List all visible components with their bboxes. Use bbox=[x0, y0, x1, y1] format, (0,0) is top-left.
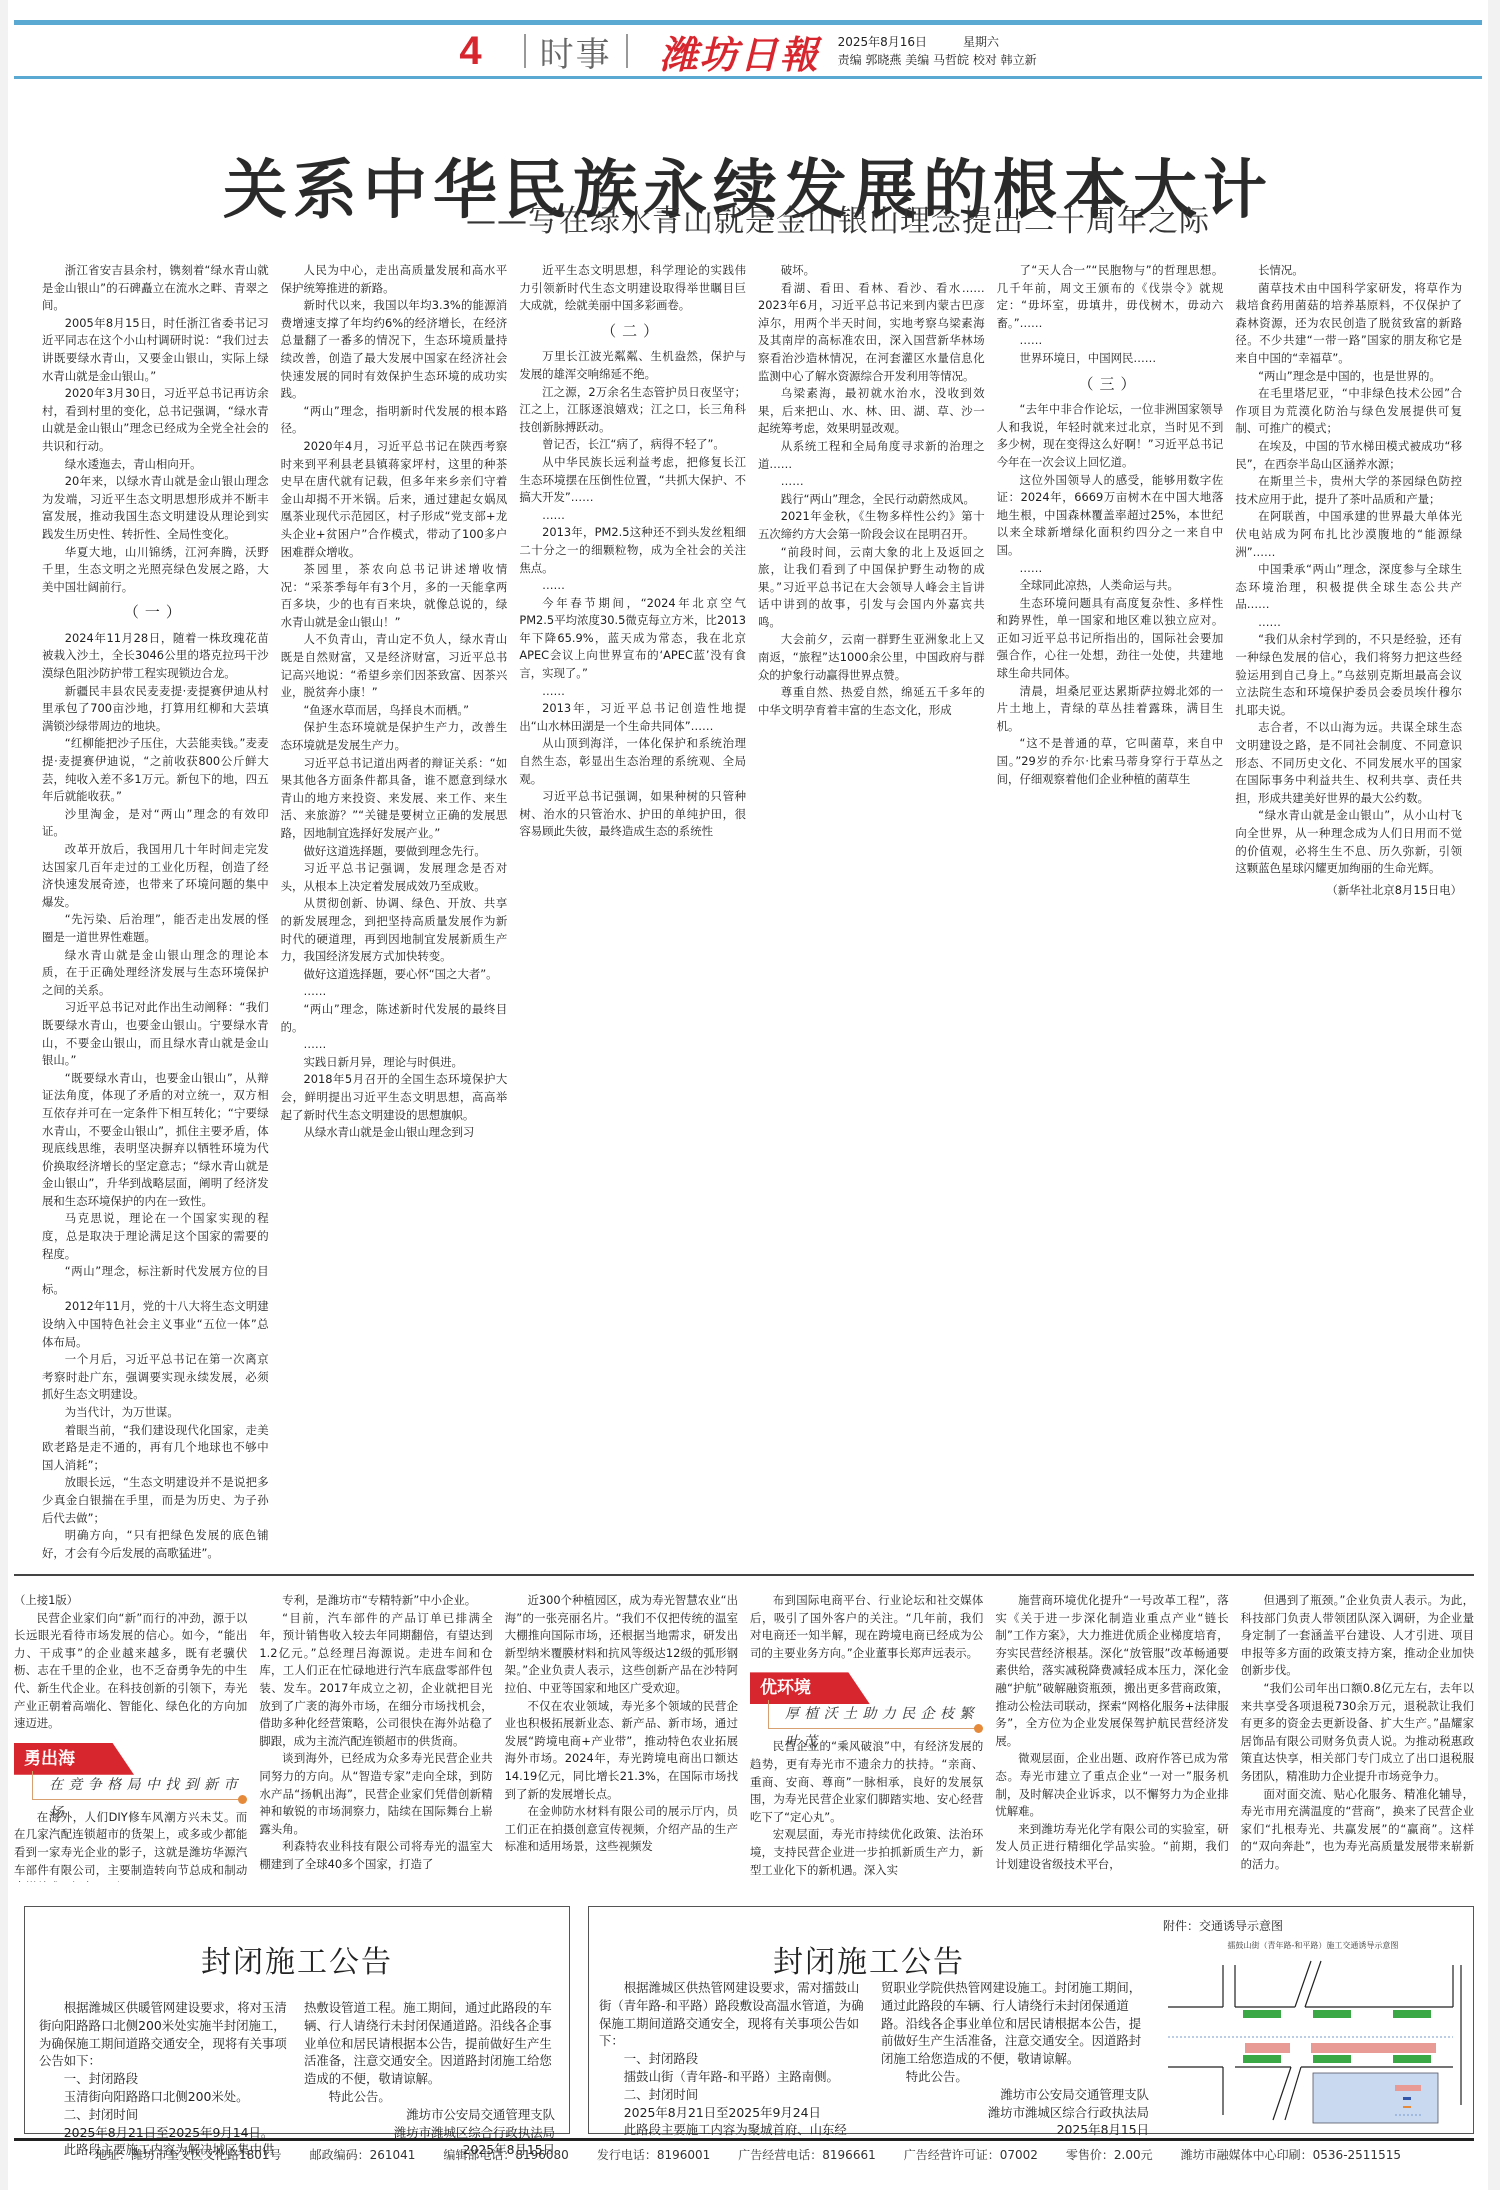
section-mark: （一） bbox=[42, 604, 269, 622]
paragraph: 菌草技术由中国科学家研发，将草作为栽培食药用菌菇的培养基原料，不仅保护了森林资源… bbox=[1235, 280, 1462, 368]
paragraph: “两山”理念，标注新时代发展方位的目标。 bbox=[42, 1263, 269, 1298]
notice-line: 根据潍城区供暖管网建设要求，将对玉清街向阳路路口北侧200米处实施半封闭施工，为… bbox=[39, 1999, 290, 2070]
paragraph: 谈到海外，已经成为众多寿光民营企业共同努力的方向。从“智造专家”走向全球，到防水… bbox=[259, 1750, 492, 1838]
paragraph: 绿水逶迤去，青山相向开。 bbox=[42, 456, 269, 474]
text-column: 但遇到了瓶颈。”企业负责人表示。为此，科技部门负责人带领团队深入调研，为企业量身… bbox=[1241, 1592, 1474, 1882]
text-column: （上接1版）民营企业家们向“新”而行的冲劲，源于以长远眼光看待市场发展的信心。如… bbox=[14, 1592, 247, 1882]
paragraph: “红柳能把沙子压住，大芸能卖钱。”麦麦提·麦提赛伊迪说，“之前收获800公斤鲜大… bbox=[42, 735, 269, 805]
newspaper-logo: 潍坊日報 bbox=[660, 24, 820, 79]
text-column: 了“天人合一”“民胞物与”的哲理思想。几千年前，周文王颁布的《伐崇令》就规定：“… bbox=[997, 262, 1224, 1562]
paragraph: 但遇到了瓶颈。”企业负责人表示。为此，科技部门负责人带领团队深入调研，为企业量身… bbox=[1241, 1592, 1474, 1680]
paragraph: 布到国际电商平台、行业论坛和社交媒体后，吸引了国外客户的关注。“几年前，我们对电… bbox=[750, 1592, 983, 1662]
paragraph: 从贯彻创新、协调、绿色、开放、共享的新发展理念，到把坚持高质量发展作为新时代的硬… bbox=[281, 895, 508, 965]
paragraph: 世界环境日，中国网民…… bbox=[997, 350, 1224, 368]
paragraph: 着眼当前，“我们建设现代化国家，走美欧老路是走不通的，再有几个地球也不够中国人消… bbox=[42, 1422, 269, 1475]
notice-line: 擂鼓山街（青年路-和平路）主路南侧。 bbox=[599, 2068, 867, 2086]
paragraph: 马克思说，理论在一个国家实现的程度，总是取决于理论满足这个国家的需要的程度。 bbox=[42, 1210, 269, 1263]
paragraph: 不仅在农业领域，寿光多个领域的民营企业也积极拓展新业态、新产品、新市场，通过发展… bbox=[505, 1698, 738, 1804]
notice-line: 2025年8月21日至2025年9月24日 bbox=[599, 2104, 867, 2122]
paragraph: 新疆民丰县农民麦麦提·麦提赛伊迪从村里承包了700亩沙地，打算用红柳和大芸填满锁… bbox=[42, 683, 269, 736]
traffic-diagram: 附件：交通诱导示意图 擂鼓山街（青年路-和平路）施工交通诱导示意图 bbox=[1163, 1917, 1463, 2127]
footer-item: 邮政编码：261041 bbox=[310, 2148, 416, 2162]
main-article-body: 浙江省安吉县余村，镌刻着“绿水青山就是金山银山”的石碑矗立在流水之畔、青翠之间。… bbox=[42, 262, 1462, 1562]
text-column: 施营商环境优化提升“一号改革工程”，落实《关于进一步深化制造业重点产业“链长制”… bbox=[995, 1592, 1228, 1882]
paragraph: “两山”理念是中国的，也是世界的。 bbox=[1235, 368, 1462, 386]
paragraph: “去年中非合作论坛，一位非洲国家领导人和我说，年轻时就来过北京，当时见不到多少树… bbox=[997, 401, 1224, 471]
notice-line: 2025年8月15日 bbox=[881, 2121, 1149, 2139]
paragraph: “前段时间，云南大象的北上及返回之旅，让我们看到了中国保护野生动物的成果。”习近… bbox=[758, 544, 985, 632]
colophon: 地址：潍坊市奎文区文化路1801号邮政编码：261041编辑部电话：819608… bbox=[8, 2146, 1488, 2163]
paragraph: 中国秉承“两山”理念，深度参与全球生态环境治理，积极提供全球生态公共产品…… bbox=[1235, 561, 1462, 614]
paragraph: 从中华民族长远利益考虑，把修复长江生态环境摆在压倒性位置，“共抓大保护、不搞大开… bbox=[519, 454, 746, 507]
paragraph: 从绿水青山就是金山银山理念到习 bbox=[281, 1124, 508, 1142]
paragraph: 看湖、看田、看林、看沙、看水……2023年6月，习近平总书记来到内蒙古巴彦淖尔，… bbox=[758, 280, 985, 386]
notice-line: 一、封闭路段 bbox=[599, 2050, 867, 2068]
paragraph: 微观层面，企业出题、政府作答已成为常态。寿光市建立了重点企业“一对一”服务机制，… bbox=[995, 1750, 1228, 1820]
separator bbox=[524, 34, 526, 68]
paragraph: 近平生态文明思想，科学理论的实践伟力引领新时代生态文明建设取得举世瞩目巨大成就，… bbox=[519, 262, 746, 315]
paragraph: …… bbox=[519, 507, 746, 525]
page-number: 4 bbox=[459, 29, 481, 74]
paragraph: 人不负青山，青山定不负人，绿水青山既是自然财富，又是经济财富，习近平总书记高兴地… bbox=[281, 631, 508, 701]
footer-item: 零售价：2.00元 bbox=[1066, 2148, 1153, 2162]
notice-line: 潍坊市公安局交通管理支队 bbox=[881, 2086, 1149, 2104]
paragraph: 在金帅防水材料有限公司的展示厅内，员工们正在拍摄创意宣传视频，介绍产品的生产标准… bbox=[505, 1803, 738, 1856]
paragraph: 全球同此凉热，人类命运与共。 bbox=[997, 577, 1224, 595]
text-column: 近300个种植园区，成为寿光智慧农业“出海”的一张亮丽名片。“我们不仅把传统的温… bbox=[505, 1592, 738, 1882]
paragraph: 今年春节期间，“2024年北京空气PM2.5平均浓度30.5微克每立方米，比20… bbox=[519, 595, 746, 683]
paragraph: 实践日新月异，理论与时俱进。 bbox=[281, 1054, 508, 1072]
paragraph: 尊重自然、热爱自然，绵延五千多年的中华文明孕育着丰富的生态文化，形成 bbox=[758, 684, 985, 719]
paragraph: 万里长江波光粼粼、生机盎然，保护与发展的雄浑交响绵延不绝。 bbox=[519, 348, 746, 383]
paragraph: 习近平总书记道出两者的辩证关系：“如果其他各方面条件都具备，谁不愿意到绿水青山的… bbox=[281, 755, 508, 843]
text-column: 人民为中心，走出高质量发展和高水平保护统筹推进的新路。新时代以来，我国以年均3.… bbox=[281, 262, 508, 1562]
paragraph: 在阿联酋，中国承建的世界最大单体光伏电站成为阿布扎比沙漠腹地的“能源绿洲”…… bbox=[1235, 508, 1462, 561]
paragraph: 清晨，坦桑尼亚达累斯萨拉姆北郊的一片土地上，青绿的草丛挂着露珠，满目生机。 bbox=[997, 683, 1224, 736]
paragraph: 绿水青山就是金山银山理念的理论本质，在于正确处理经济发展与生态环境保护之间的关系… bbox=[42, 947, 269, 1000]
paragraph: 放眼长远，“生态文明建设并不是说把多少真金白银揣在手里，而是为历史、为子孙后代去… bbox=[42, 1474, 269, 1527]
paragraph: （上接1版） bbox=[14, 1592, 247, 1610]
notice-left-col: 根据潍城区供热管网建设要求，需对擂鼓山街（青年路-和平路）路段敷设高温水管道，为… bbox=[599, 1979, 867, 2139]
paragraph: 江之源，2万余名生态管护员日夜坚守；江之上，江豚逐浪嬉戏；江之口，长三角科技创新… bbox=[519, 384, 746, 437]
paragraph: “既要绿水青山，也要金山银山”，从辩证法角度，体现了矛盾的对立统一，双方相互依存… bbox=[42, 1070, 269, 1211]
paragraph: 华夏大地，山川锦绣，江河奔腾，沃野千里，生态文明之光照亮绿色发展之路，大美中国壮… bbox=[42, 544, 269, 597]
notice-right-col: 贸职业学院供热管网建设施工。封闭施工期间，通过此路段的车辆、行人请绕行未封闭保通… bbox=[881, 1979, 1149, 2139]
paragraph: 从系统工程和全局角度寻求新的治理之道…… bbox=[758, 438, 985, 473]
paragraph: “我们公司年出口额0.8亿元左右，去年以来共享受各项退税730余万元，退税款让我… bbox=[1241, 1680, 1474, 1786]
paragraph: “两山”理念，陈述新时代发展的最终目的。 bbox=[281, 1001, 508, 1036]
newspaper-page: 4 时事 潍坊日報 2025年8月16日星期六 责编 郭晓燕 美编 马哲皖 校对… bbox=[8, 0, 1488, 2190]
issue-weekday: 星期六 bbox=[963, 35, 999, 49]
notice-right-col: 热敷设管道工程。施工期间，通过此路段的车辆、行人请绕行未封闭保通道路。沿线各企事… bbox=[304, 1999, 555, 2159]
notice-title: 封闭施工公告 bbox=[25, 1937, 569, 1981]
paragraph: 2021年金秋，《生物多样性公约》第十五次缔约方大会第一阶段会议在昆明召开。 bbox=[758, 508, 985, 543]
paragraph: 一个月后，习近平总书记在第一次离京考察时赴广东，强调要实现永续发展，必须抓好生态… bbox=[42, 1351, 269, 1404]
paragraph: 从山顶到海洋，一体化保护和系统治理自然生态，彰显出生态治理的系统观、全局观。 bbox=[519, 735, 746, 788]
paragraph: …… bbox=[519, 577, 746, 595]
paragraph: 明确方向，“只有把绿色发展的底色铺好，才会有今后发展的高歌猛进”。 bbox=[42, 1527, 269, 1562]
text-column: 近平生态文明思想，科学理论的实践伟力引领新时代生态文明建设取得举世瞩目巨大成就，… bbox=[519, 262, 746, 1562]
paragraph: 践行“两山”理念，全民行动蔚然成风。 bbox=[758, 491, 985, 509]
subheadline: ——写在绿水青山就是金山银山理念提出二十周年之际 bbox=[8, 196, 1488, 240]
dot-icon bbox=[974, 1724, 983, 1733]
notice-line: 玉清街向阳路路口北侧200米处。 bbox=[39, 2088, 290, 2106]
section-name: 时事 bbox=[540, 27, 612, 76]
subsection-tag: 优环境厚植沃土助力民企枝繁叶茂 bbox=[750, 1672, 983, 1730]
road-map-icon bbox=[1163, 1955, 1463, 2125]
paragraph: …… bbox=[281, 983, 508, 1001]
paragraph: 习近平总书记强调，如果种树的只管种树、治水的只管治水、护田的单纯护田，很容易顾此… bbox=[519, 788, 746, 841]
text-column: 长情况。菌草技术由中国科学家研发，将草作为栽培食药用菌菇的培养基原料，不仅保护了… bbox=[1235, 262, 1462, 1562]
paragraph: 2005年8月15日，时任浙江省委书记习近平同志在这个小山村调研时说：“我们过去… bbox=[42, 315, 269, 385]
paragraph: 保护生态环境就是保护生产力，改善生态环境就是发展生产力。 bbox=[281, 719, 508, 754]
footer-item: 发行电话：8196001 bbox=[597, 2148, 710, 2162]
issue-meta: 2025年8月16日星期六 责编 郭晓燕 美编 马哲皖 校对 韩立新 bbox=[838, 33, 1037, 69]
section-mark: （三） bbox=[997, 376, 1224, 394]
paragraph: “目前，汽车部件的产品订单已排满全年，预计销售收入较去年同期翻倍，有望达到1.2… bbox=[259, 1610, 492, 1751]
paragraph: …… bbox=[997, 332, 1224, 350]
footer-rule bbox=[14, 2138, 1474, 2141]
paragraph: 专利，是潍坊市“专精特新”中小企业。 bbox=[259, 1592, 492, 1610]
attachment-label: 附件：交通诱导示意图 bbox=[1163, 1917, 1463, 1934]
construction-notice-1: 封闭施工公告 根据潍城区供暖管网建设要求，将对玉清街向阳路路口北侧200米处实施… bbox=[24, 1906, 570, 2134]
paragraph: …… bbox=[1235, 614, 1462, 632]
notice-line: 一、封闭路段 bbox=[39, 2070, 290, 2088]
notice-title: 封闭施工公告 bbox=[589, 1937, 1149, 1981]
footer-item: 潍坊市融媒体中心印刷：0536-2511515 bbox=[1181, 2148, 1401, 2162]
paragraph: 2013年，PM2.5这种还不到头发丝粗细二十分之一的细颗粒物，成为全社会的关注… bbox=[519, 524, 746, 577]
paragraph: “两山”理念，指明新时代发展的根本路径。 bbox=[281, 403, 508, 438]
text-column: 专利，是潍坊市“专精特新”中小企业。“目前，汽车部件的产品订单已排满全年，预计销… bbox=[259, 1592, 492, 1882]
paragraph: 浙江省安吉县余村，镌刻着“绿水青山就是金山银山”的石碑矗立在流水之畔、青翠之间。 bbox=[42, 262, 269, 315]
paragraph: 2020年4月，习近平总书记在陕西考察时来到平利县老县镇蒋家坪村，这里的种茶史早… bbox=[281, 438, 508, 561]
footer-item: 广告经营许可证：07002 bbox=[904, 2148, 1038, 2162]
notice-line: 贸职业学院供热管网建设施工。封闭施工期间，通过此路段的车辆、行人请绕行未封闭保通… bbox=[881, 1979, 1149, 2068]
subsection-headline: 在竞争格局中找到新市场 bbox=[32, 1771, 241, 1800]
paragraph: 生态环境问题具有高度复杂性、多样性和跨界性，单一国家和地区难以独立应对。正如习近… bbox=[997, 595, 1224, 683]
paragraph: 在斯里兰卡，贵州大学的茶园绿色防控技术应用于此，提升了茶叶品质和产量； bbox=[1235, 473, 1462, 508]
paragraph: …… bbox=[758, 473, 985, 491]
notice-line: 此路段主要施工内容为聚城首府、山东经 bbox=[599, 2121, 867, 2139]
paragraph: 做好这道选择题，要心怀“国之大者”。 bbox=[281, 966, 508, 984]
paragraph: 习近平总书记强调，发展理念是否对头，从根本上决定着发展成效乃至成败。 bbox=[281, 860, 508, 895]
paragraph: 这位外国领导人的感受，能够用数字佐证：2024年，6669万亩树木在中国大地落地… bbox=[997, 472, 1224, 560]
masthead: 4 时事 潍坊日報 2025年8月16日星期六 责编 郭晓燕 美编 马哲皖 校对… bbox=[8, 27, 1488, 75]
paragraph: 来到潍坊寿光化学有限公司的实验室，研发人员正进行精细化学品实验。“前期，我们计划… bbox=[995, 1821, 1228, 1874]
paragraph: “鱼逐水草而居，鸟择良木而栖。” bbox=[281, 702, 508, 720]
paragraph: 乌梁素海，最初就水治水，没收到效果，后来把山、水、林、田、湖、草、沙一起统筹考虑… bbox=[758, 385, 985, 438]
dot-icon bbox=[238, 1795, 247, 1804]
paragraph: “先污染、后治理”，能否走出发展的怪圈是一道世界性难题。 bbox=[42, 911, 269, 946]
paragraph: 2020年3月30日，习近平总书记再访余村，看到村里的变化，总书记强调，“绿水青… bbox=[42, 385, 269, 455]
subsection-headline: 厚植沃土助力民企枝繁叶茂 bbox=[768, 1700, 977, 1729]
dateline: （新华社北京8月15日电） bbox=[1235, 882, 1462, 900]
issue-date: 2025年8月16日 bbox=[838, 35, 927, 49]
editor-credits: 责编 郭晓燕 美编 马哲皖 校对 韩立新 bbox=[838, 51, 1037, 69]
diagram-caption: 擂鼓山街（青年路-和平路）施工交通诱导示意图 bbox=[1163, 1940, 1463, 1951]
paragraph: 近300个种植园区，成为寿光智慧农业“出海”的一张亮丽名片。“我们不仅把传统的温… bbox=[505, 1592, 738, 1698]
notice-left-col: 根据潍城区供暖管网建设要求，将对玉清街向阳路路口北侧200米处实施半封闭施工，为… bbox=[39, 1999, 290, 2159]
notice-line: 热敷设管道工程。施工期间，通过此路段的车辆、行人请绕行未封闭保通道路。沿线各企事… bbox=[304, 1999, 555, 2088]
notice-line: 二、封闭时间 bbox=[599, 2086, 867, 2104]
paragraph: 宏观层面，寿光市持续优化政策、法治环境，支持民营企业进一步拍抓新质生产力，新型工… bbox=[750, 1826, 983, 1879]
article-divider bbox=[14, 1574, 1474, 1576]
notice-line: 特此公告。 bbox=[304, 2088, 555, 2106]
paragraph: “我们从余村学到的，不只是经验，还有一种绿色发展的信心，我们将努力把这些经验运用… bbox=[1235, 631, 1462, 719]
paragraph: 在埃及，中国的节水梯田模式被成功“移民”，在西奈半岛山区涵养水源； bbox=[1235, 438, 1462, 473]
paragraph: 20年来，以绿水青山就是金山银山理念为发端，习近平生态文明思想形成并不断丰富发展… bbox=[42, 473, 269, 543]
paragraph: 面对面交流、贴心化服务、精准化辅导，寿光市用充满温度的“营商”，换来了民营企业家… bbox=[1241, 1786, 1474, 1874]
section-mark: （二） bbox=[519, 323, 746, 341]
paragraph: 做好这道选择题，要做到理念先行。 bbox=[281, 843, 508, 861]
header-bottom-band bbox=[14, 76, 1482, 79]
separator bbox=[626, 34, 628, 68]
text-column: 布到国际电商平台、行业论坛和社交媒体后，吸引了国外客户的关注。“几年前，我们对电… bbox=[750, 1592, 983, 1882]
paragraph: 习近平总书记对此作出生动阐释：“我们既要绿水青山，也要金山银山。宁要绿水青山，不… bbox=[42, 999, 269, 1069]
notice-line: 潍坊市公安局交通管理支队 bbox=[304, 2106, 555, 2124]
paragraph: 2012年11月，党的十八大将生态文明建设纳入中国特色社会主义事业“五位一体”总… bbox=[42, 1298, 269, 1351]
paragraph: …… bbox=[997, 560, 1224, 578]
notice-line: 特此公告。 bbox=[881, 2068, 1149, 2086]
notice-body: 根据潍城区供热管网建设要求，需对擂鼓山街（青年路-和平路）路段敷设高温水管道，为… bbox=[599, 1979, 1149, 2139]
text-column: 破坏。看湖、看田、看林、看沙、看水……2023年6月，习近平总书记来到内蒙古巴彦… bbox=[758, 262, 985, 1562]
paragraph: 了“天人合一”“民胞物与”的哲理思想。几千年前，周文王颁布的《伐崇令》就规定：“… bbox=[997, 262, 1224, 332]
paragraph: 为当代计，为万世谋。 bbox=[42, 1404, 269, 1422]
notice-line: 根据潍城区供热管网建设要求，需对擂鼓山街（青年路-和平路）路段敷设高温水管道，为… bbox=[599, 1979, 867, 2050]
paragraph: 沙里淘金，是对“两山”理念的有效印证。 bbox=[42, 806, 269, 841]
paragraph: 改革开放后，我国用几十年时间走完发达国家几百年走过的工业化历程，创造了经济快速发… bbox=[42, 841, 269, 911]
paragraph: 大会前夕，云南一群野生亚洲象北上又南返，“旅程”达1000余公里，中国政府与群众… bbox=[758, 631, 985, 684]
footer-item: 地址：潍坊市奎文区文化路1801号 bbox=[95, 2148, 282, 2162]
footer-item: 编辑部电话：8196080 bbox=[443, 2148, 568, 2162]
lower-article-body: （上接1版）民营企业家们向“新”而行的冲劲，源于以长远眼光看待市场发展的信心。如… bbox=[14, 1592, 1474, 1882]
footer-item: 广告经营电话：8196661 bbox=[738, 2148, 875, 2162]
paragraph: 长情况。 bbox=[1235, 262, 1462, 280]
paragraph: 破坏。 bbox=[758, 262, 985, 280]
paragraph: 2013年，习近平总书记创造性地提出“山水林田湖是一个生命共同体”…… bbox=[519, 700, 746, 735]
notice-body: 根据潍城区供暖管网建设要求，将对玉清街向阳路路口北侧200米处实施半封闭施工，为… bbox=[39, 1999, 555, 2159]
notice-line: 二、封闭时间 bbox=[39, 2106, 290, 2124]
paragraph: 民营企业家们向“新”而行的冲劲，源于以长远眼光看待市场发展的信心。如今，“能出力… bbox=[14, 1610, 247, 1733]
paragraph: 2024年11月28日，随着一株玫瑰花苗被栽入沙土，全长3046公里的塔克拉玛干… bbox=[42, 630, 269, 683]
notice-line: 潍坊市潍城区综合行政执法局 bbox=[881, 2104, 1149, 2122]
paragraph: “绿水青山就是金山银山”，从小山村飞向全世界，从一种理念成为人们日用而不觉的价值… bbox=[1235, 807, 1462, 877]
construction-notice-2: 封闭施工公告 根据潍城区供热管网建设要求，需对擂鼓山街（青年路-和平路）路段敷设… bbox=[588, 1906, 1474, 2134]
subsection-tag: 勇出海在竞争格局中找到新市场 bbox=[14, 1743, 247, 1801]
paragraph: 曾记否，长江“病了，病得不轻了”。 bbox=[519, 436, 746, 454]
paragraph: …… bbox=[519, 683, 746, 701]
text-column: 浙江省安吉县余村，镌刻着“绿水青山就是金山银山”的石碑矗立在流水之畔、青翠之间。… bbox=[42, 262, 269, 1562]
paragraph: 新时代以来，我国以年均3.3%的能源消费增速支撑了年均约6%的经济增长，在经济总… bbox=[281, 297, 508, 403]
paragraph: 人民为中心，走出高质量发展和高水平保护统筹推进的新路。 bbox=[281, 262, 508, 297]
paragraph: 茶园里，茶农向总书记讲述增收情况：“采茶季每年有3个月，多的一天能拿两百多块，少… bbox=[281, 561, 508, 631]
paragraph: 志合者，不以山海为远。共谋全球生态文明建设之路，是不同社会制度、不同意识形态、不… bbox=[1235, 719, 1462, 807]
paragraph: …… bbox=[281, 1036, 508, 1054]
paragraph: 在毛里塔尼亚，“中非绿色技术公园”合作项目为荒漠化防治与绿色发展提供可复制、可推… bbox=[1235, 385, 1462, 438]
paragraph: “这不是普通的草，它叫菌草，来自中国。”29岁的乔尔·比索马蒂身穿行于草丛之间，… bbox=[997, 735, 1224, 788]
paragraph: 施营商环境优化提升“一号改革工程”，落实《关于进一步深化制造业重点产业“链长制”… bbox=[995, 1592, 1228, 1750]
paragraph: 利森特农业科技有限公司将寿光的温室大棚建到了全球40多个国家，打造了 bbox=[259, 1838, 492, 1873]
paragraph: 2018年5月召开的全国生态环境保护大会，鲜明提出习近平生态文明思想，高高举起了… bbox=[281, 1071, 508, 1124]
